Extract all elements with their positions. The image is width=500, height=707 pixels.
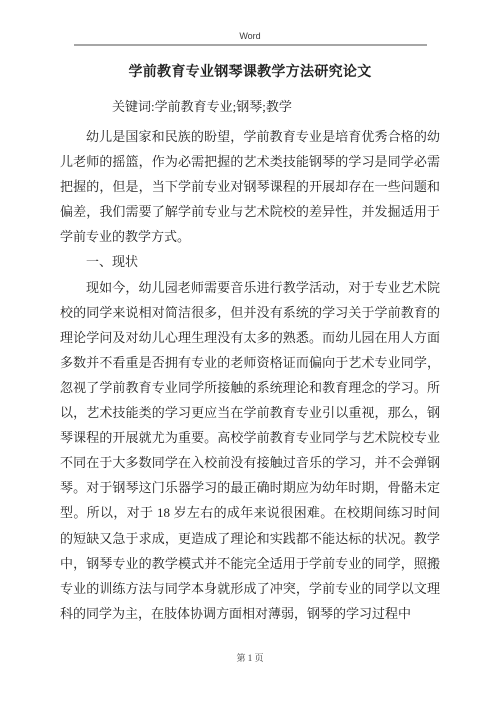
keywords-line: 关键词:学前教育专业;钢琴;教学 xyxy=(60,98,440,116)
header-divider xyxy=(74,44,427,46)
paragraph-intro: 幼儿是国家和民族的盼望，学前教育专业是培育优秀合格的幼儿老师的摇篮，作为必需把握… xyxy=(60,124,440,249)
paragraph-current-status: 现如今，幼儿园老师需要音乐进行教学活动，对于专业艺术院校的同学来说相对简洁很多，… xyxy=(60,275,440,626)
page-footer: 第 1 页 xyxy=(0,652,500,664)
page-number-label: 第 1 页 xyxy=(236,653,263,663)
app-label: Word xyxy=(0,0,500,42)
document-title: 学前教育专业钢琴课教学方法研究论文 xyxy=(60,63,440,82)
page-header: Word xyxy=(0,0,500,46)
document-body: 幼儿是国家和民族的盼望，学前教育专业是培育优秀合格的幼儿老师的摇篮，作为必需把握… xyxy=(60,124,440,626)
section-heading-current-status: 一、现状 xyxy=(60,249,440,274)
document-page: Word 学前教育专业钢琴课教学方法研究论文 关键词:学前教育专业;钢琴;教学 … xyxy=(0,0,500,707)
